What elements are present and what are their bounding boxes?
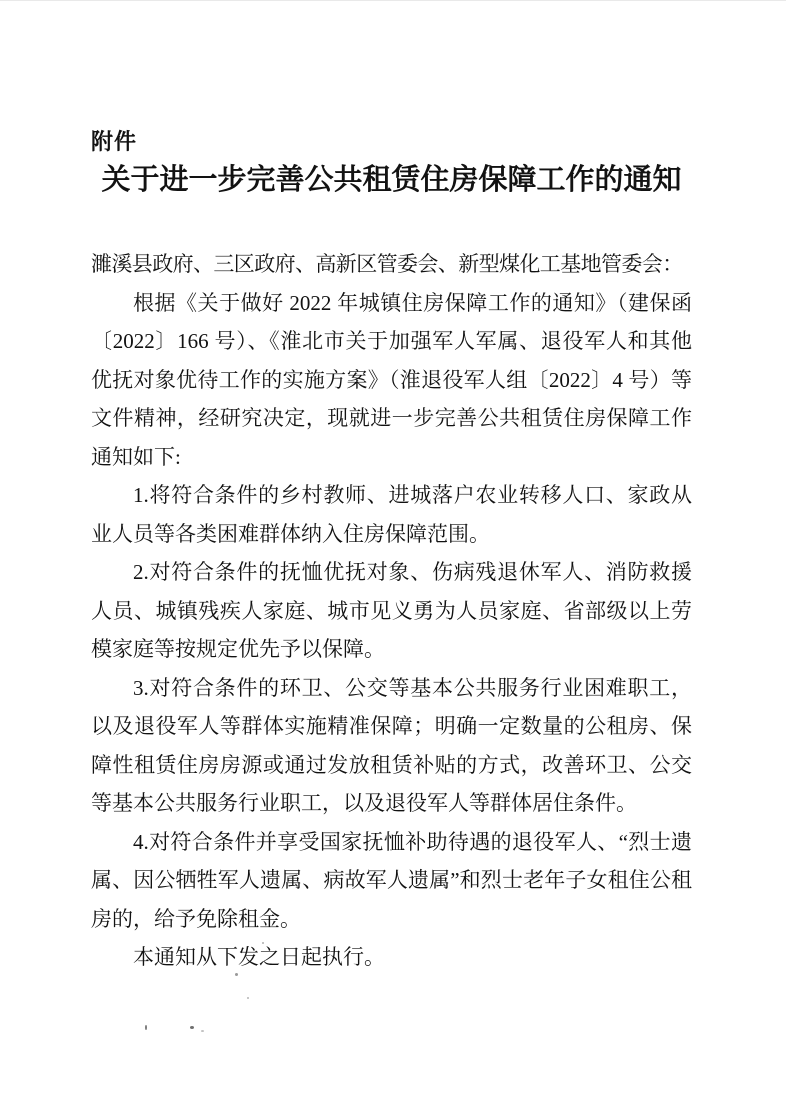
paragraph-item-1: 1.将符合条件的乡村教师、进城落户农业转移人口、家政从业人员等各类困难群体纳入住… [91, 476, 692, 553]
scan-artifact [201, 1030, 204, 1032]
document-title: 关于进一步完善公共租赁住房保障工作的通知 [91, 162, 692, 198]
paragraph-closing: 本通知从下发之日起执行。 [91, 938, 692, 977]
document-body: 濉溪县政府、三区政府、高新区管委会、新型煤化工基地管委会： 根据《关于做好 20… [91, 245, 692, 977]
attachment-label: 附件 [91, 129, 692, 155]
scan-artifact [262, 942, 264, 944]
paragraph-item-4: 4.对符合条件并享受国家抚恤补助待遇的退役军人、“烈士遗属、因公牺牲军人遗属、病… [91, 823, 692, 939]
paragraph-intro: 根据《关于做好 2022 年城镇住房保障工作的通知》（建保函〔2022〕166 … [91, 284, 692, 477]
scan-edge-line [0, 0, 786, 1]
scan-artifact [235, 973, 238, 976]
paragraph-item-3: 3.对符合条件的环卫、公交等基本公共服务行业困难职工，以及退役军人等群体实施精准… [91, 669, 692, 823]
scan-artifact [390, 849, 392, 851]
scan-artifact [145, 1025, 147, 1030]
scanned-document-page: 附件 关于进一步完善公共租赁住房保障工作的通知 濉溪县政府、三区政府、高新区管委… [0, 0, 786, 1120]
scan-artifact [247, 997, 249, 999]
paragraph-item-2: 2.对符合条件的抚恤优抚对象、伤病残退休军人、消防救援人员、城镇残疾人家庭、城市… [91, 553, 692, 669]
salutation-line: 濉溪县政府、三区政府、高新区管委会、新型煤化工基地管委会： [91, 245, 692, 284]
scan-artifact [190, 1026, 194, 1029]
